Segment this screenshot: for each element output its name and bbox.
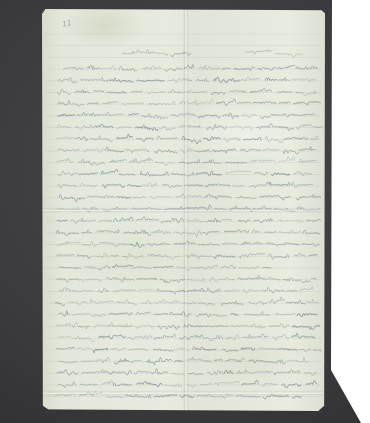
date-handwriting [245, 50, 302, 57]
salutation-handwriting [122, 50, 190, 57]
page-number: 11 [61, 18, 72, 29]
handwriting-layer [42, 9, 325, 411]
ruled-lines [46, 34, 321, 397]
body-handwriting [55, 65, 323, 399]
page-background: 11 [0, 0, 370, 423]
letter-photograph: 11 [0, 0, 370, 423]
letter-page: 11 [42, 9, 325, 411]
handwriting-ink [55, 50, 323, 399]
